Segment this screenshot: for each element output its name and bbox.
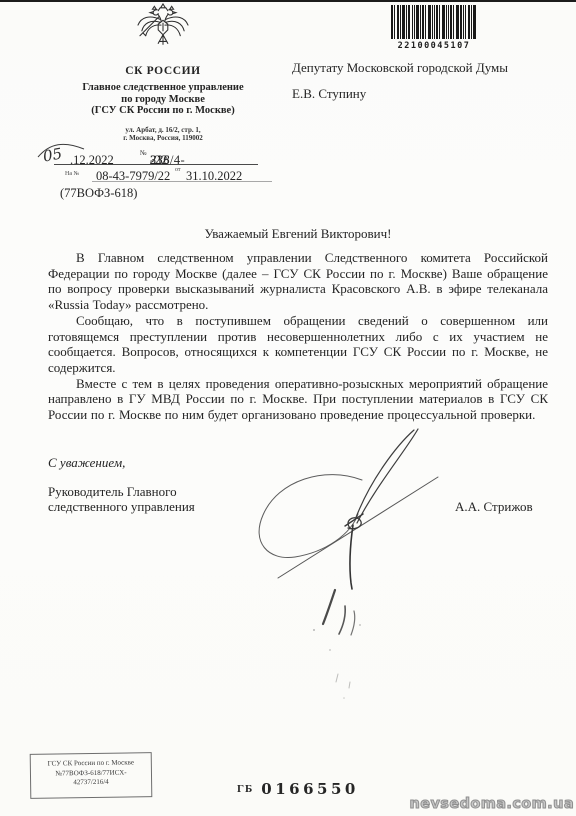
registration-stamp: ГСУ СК России по г. Москве №77ВОФЗ-618/7…	[30, 752, 153, 799]
recipient-line1: Депутату Московской городской Думы	[292, 61, 508, 75]
stamp-line1: ГСУ СК России по г. Москве	[31, 758, 151, 769]
paragraph-3: Вместе с тем в целях проведения оператив…	[48, 376, 548, 423]
paragraph-2: Сообщаю, что в поступившем обращении све…	[48, 313, 548, 376]
barcode-block: 22100045107	[390, 4, 478, 51]
stamp-line3: 42737/216/4	[31, 777, 151, 788]
handwritten-date-day: 05	[42, 144, 64, 165]
signature-scribble	[250, 420, 450, 595]
scan-edge-strip	[0, 0, 576, 2]
serial-series: ГБ	[237, 783, 253, 795]
scanned-letter-page: СК РОССИИ Главное следственное управлени…	[0, 0, 576, 816]
from-label: от	[175, 167, 181, 173]
ink-smudge-marks	[300, 578, 380, 703]
org-name-line1: Главное следственное управление	[38, 82, 288, 94]
org-address-line1: ул. Арбат, д. 16/2, стр. 1,	[38, 126, 288, 134]
case-code: (77ВОФЗ-618)	[60, 186, 137, 201]
form-rule-line	[54, 164, 258, 165]
form-serial-number: ГБ 0166550	[237, 780, 359, 799]
form-rule-line-2	[92, 181, 272, 182]
outgoing-number-part2: -22	[150, 153, 168, 168]
number-sign-label: №	[140, 149, 147, 157]
org-name-line3: (ГСУ СК России по г. Москве)	[38, 105, 288, 117]
serial-digits: 0166550	[261, 780, 359, 798]
letter-body: В Главном следственном управлении Следст…	[48, 250, 548, 423]
recipient-line2: Е.В. Ступину	[292, 87, 508, 101]
org-name-line2: по городу Москве	[38, 94, 288, 106]
barcode-number: 22100045107	[390, 41, 478, 51]
closing-phrase: С уважением,	[48, 455, 125, 471]
signer-title-line1: Руководитель Главного	[48, 485, 195, 500]
recipient-block: Депутату Московской городской Думы Е.В. …	[292, 61, 508, 101]
barcode-image	[391, 4, 477, 40]
incoming-number-label: На №	[65, 171, 79, 177]
signer-title: Руководитель Главного следственного упра…	[48, 485, 195, 514]
org-short-name: СК РОССИИ	[38, 65, 288, 77]
site-watermark: nevsedoma.com.ua	[410, 796, 575, 812]
letterhead: СК РОССИИ Главное следственное управлени…	[38, 3, 288, 142]
letter-date: .12.2022	[70, 153, 114, 168]
paragraph-1: В Главном следственном управлении Следст…	[48, 250, 548, 313]
signer-name: А.А. Стрижов	[455, 499, 533, 515]
reference-block: 05 .12.2022 № 216/4-333-22 На № 08-43-79…	[36, 148, 276, 206]
salutation: Уважаемый Евгений Викторович!	[48, 226, 548, 242]
double-headed-eagle-icon	[134, 3, 192, 53]
signer-title-line2: следственного управления	[48, 500, 195, 515]
